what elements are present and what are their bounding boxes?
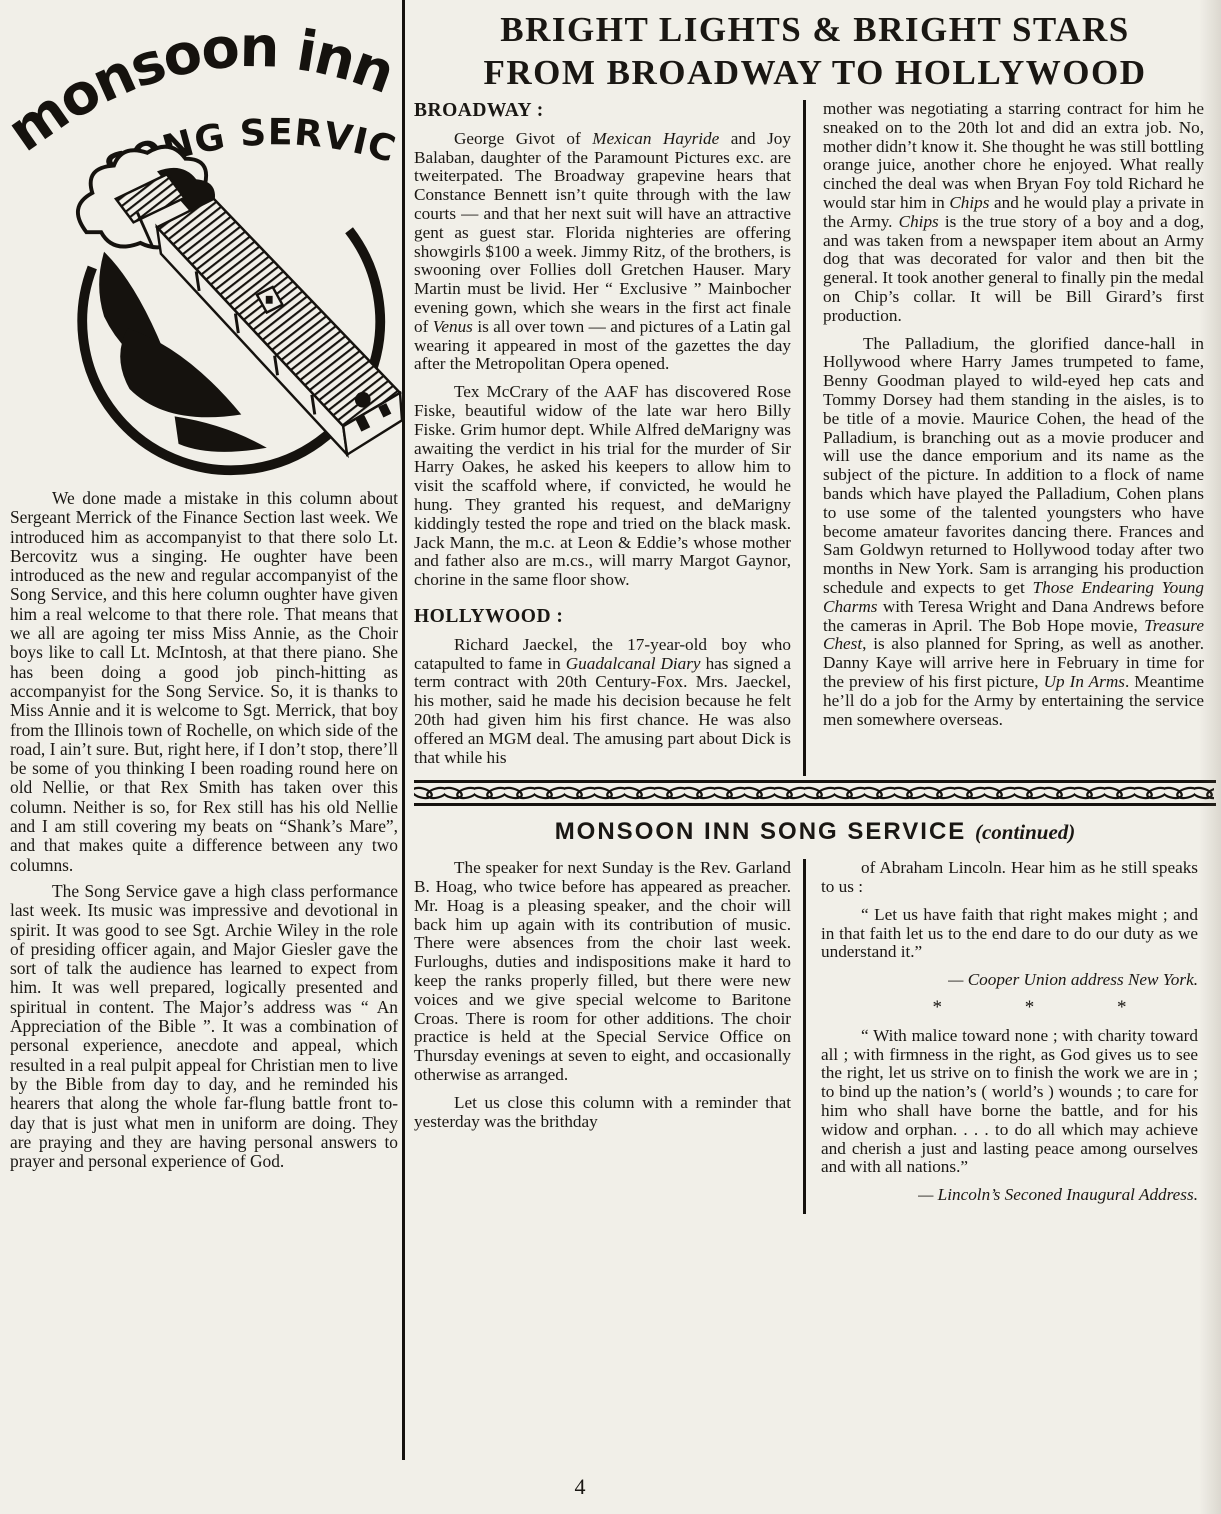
feature-title-line2: FROM BROADWAY TO HOLLYWOOD bbox=[414, 51, 1216, 94]
paragraph: The Song Service gave a high class perfo… bbox=[10, 882, 398, 1171]
column-divider-rule bbox=[402, 0, 405, 1460]
paragraph: The Palladium, the glorified dance-hall … bbox=[823, 335, 1204, 730]
continued-heading: MONSOON INN SONG SERVICE (continued) bbox=[414, 818, 1216, 846]
feature-title: BRIGHT LIGHTS & BRIGHT STARS FROM BROADW… bbox=[414, 8, 1216, 94]
hollywood-heading: HOLLYWOOD : bbox=[414, 608, 791, 627]
paragraph: mother was negotiating a starring contra… bbox=[823, 100, 1204, 326]
paragraph: of Abraham Lincoln. Hear him as he still… bbox=[821, 859, 1198, 897]
continued-columns: The speaker for next Sunday is the Rev. … bbox=[414, 859, 1216, 1214]
song-service-column: monsoon inn SONG SERVICE bbox=[10, 4, 398, 1178]
paragraph: George Givot of Mexican Hayride and Joy … bbox=[414, 130, 791, 374]
feature-title-line1: BRIGHT LIGHTS & BRIGHT STARS bbox=[414, 8, 1216, 51]
chain-ornament bbox=[414, 785, 1214, 801]
feature-columns: BROADWAY : George Givot of Mexican Hayri… bbox=[414, 100, 1216, 776]
hollywood-continuation-column: mother was negotiating a starring contra… bbox=[806, 100, 1216, 776]
paragraph: We done made a mistake in this column ab… bbox=[10, 489, 398, 875]
continued-right-column: of Abraham Lincoln. Hear him as he still… bbox=[806, 859, 1216, 1214]
page-number: 4 bbox=[0, 1474, 1160, 1500]
lincoln-quote-2: “ With malice toward none ; with charity… bbox=[821, 1027, 1198, 1177]
newsletter-page: monsoon inn SONG SERVICE bbox=[0, 0, 1221, 1514]
paragraph: Richard Jaeckel, the 17-year-old boy who… bbox=[414, 636, 791, 768]
logo-illustration: monsoon inn SONG SERVICE bbox=[10, 4, 402, 476]
lincoln-quote-1: “ Let us have faith that right makes mig… bbox=[821, 906, 1198, 962]
broadway-heading: BROADWAY : bbox=[414, 102, 791, 121]
star-separator: * * * bbox=[821, 999, 1198, 1018]
chain-divider bbox=[414, 780, 1216, 806]
paragraph: Tex McCrary of the AAF has discovered Ro… bbox=[414, 383, 791, 590]
broadway-column: BROADWAY : George Givot of Mexican Hayri… bbox=[414, 100, 803, 776]
continued-note: (continued) bbox=[975, 820, 1075, 844]
song-service-text: We done made a mistake in this column ab… bbox=[10, 489, 398, 1171]
continued-heading-text: MONSOON INN SONG SERVICE bbox=[555, 818, 967, 845]
monsoon-inn-logo: monsoon inn SONG SERVICE bbox=[10, 4, 402, 481]
continued-left-column: The speaker for next Sunday is the Rev. … bbox=[414, 859, 803, 1214]
paragraph: Let us close this column with a reminder… bbox=[414, 1094, 791, 1132]
paragraph: The speaker for next Sunday is the Rev. … bbox=[414, 859, 791, 1085]
feature-section: BRIGHT LIGHTS & BRIGHT STARS FROM BROADW… bbox=[414, 6, 1216, 1214]
quote-attribution-1: — Cooper Union address New York. bbox=[821, 971, 1198, 990]
quote-attribution-2: — Lincoln’s Seconed Inaugural Address. bbox=[821, 1186, 1198, 1205]
